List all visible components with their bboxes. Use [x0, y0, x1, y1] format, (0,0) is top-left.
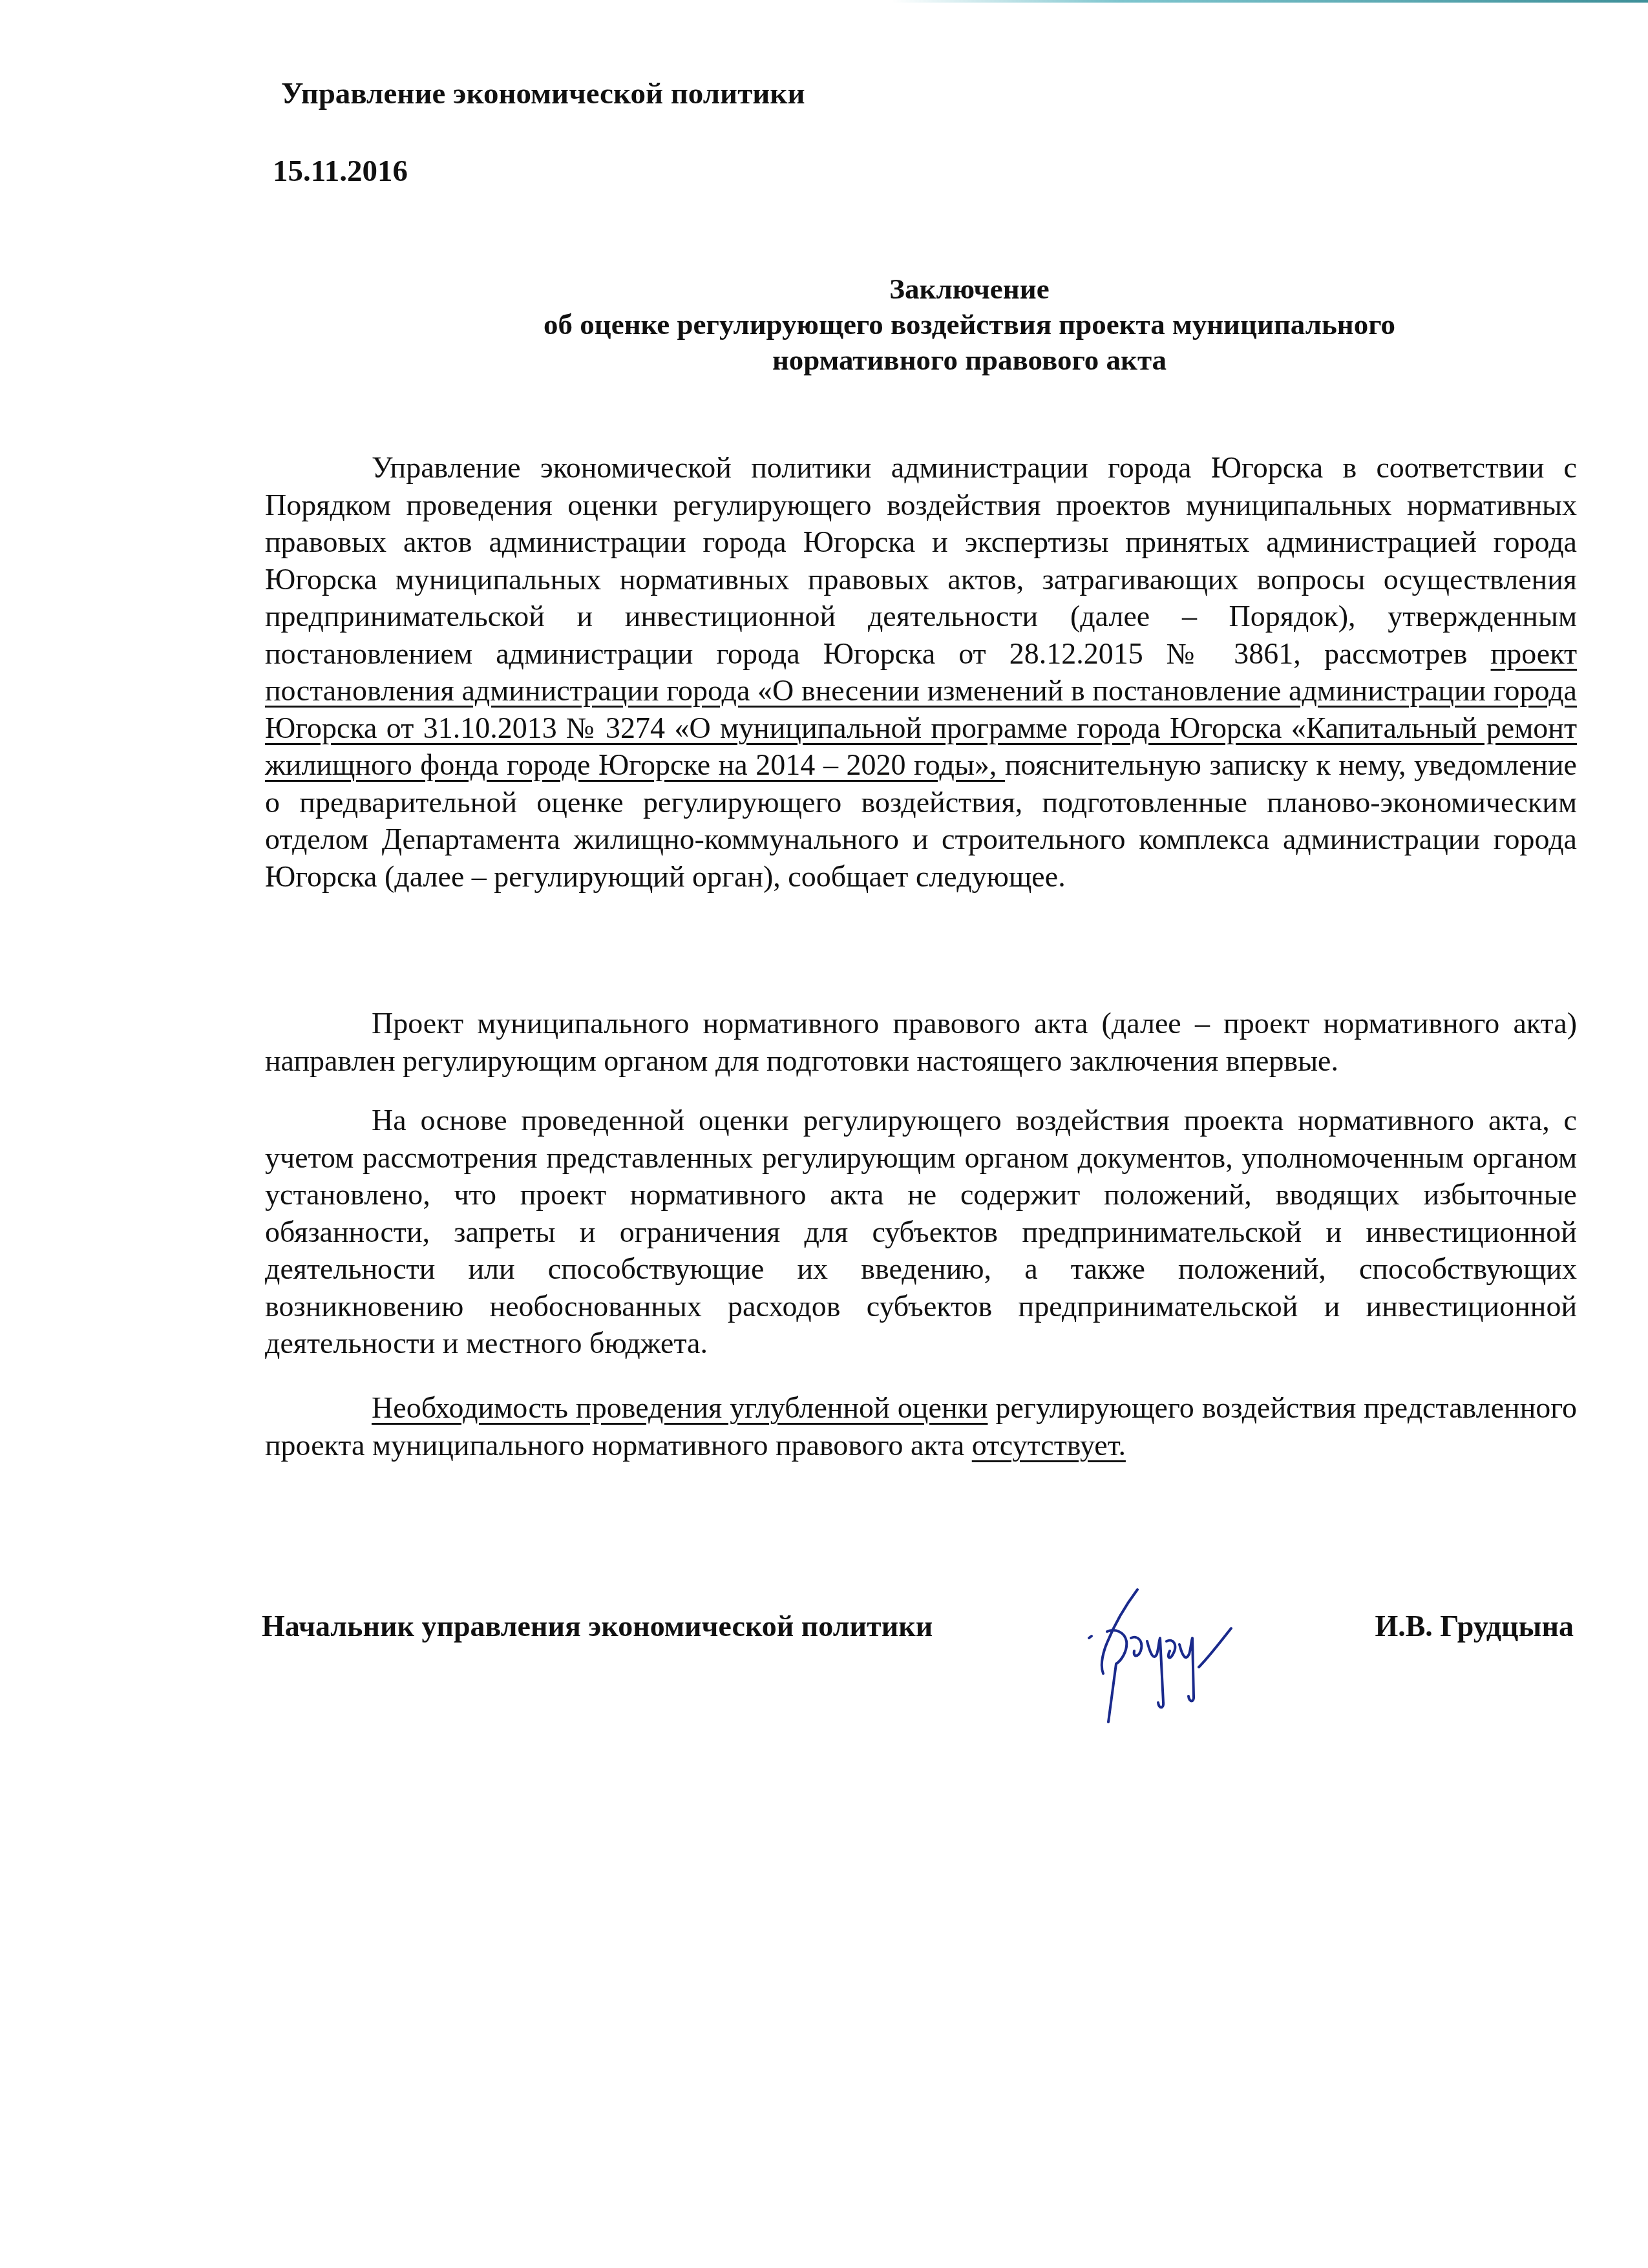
paragraph-4-conclusion: Необходимость проведения углубленной оце… — [265, 1389, 1577, 1464]
title-line-2: об оценке регулирующего воздействия прое… — [452, 307, 1486, 342]
handwritten-signature-icon — [1076, 1577, 1244, 1725]
paragraph-1-intro: Управление экономической политики админи… — [265, 451, 1577, 670]
document-date: 15.11.2016 — [273, 154, 408, 189]
document-title: Заключение об оценке регулирующего возде… — [452, 271, 1486, 378]
signer-name: И.В. Грудцына — [1375, 1609, 1574, 1643]
title-line-3: нормативного правового акта — [452, 342, 1486, 378]
signer-position: Начальник управления экономической полит… — [262, 1609, 933, 1643]
conclusion-underlined-end: отсутствует. — [972, 1429, 1126, 1462]
title-line-1: Заключение — [452, 271, 1486, 307]
document-page: Управление экономической политики 15.11.… — [0, 0, 1648, 2268]
paragraph-3: На основе проведенной оценки регулирующе… — [265, 1102, 1577, 1362]
paragraph-1: Управление экономической политики админи… — [265, 449, 1577, 895]
organization-header: Управление экономической политики — [281, 76, 805, 111]
paragraph-2: Проект муниципального нормативного право… — [265, 1005, 1577, 1079]
conclusion-underlined-start: Необходимость проведения углубленной оце… — [372, 1391, 988, 1424]
signature-block: Начальник управления экономической полит… — [262, 1602, 1574, 1732]
